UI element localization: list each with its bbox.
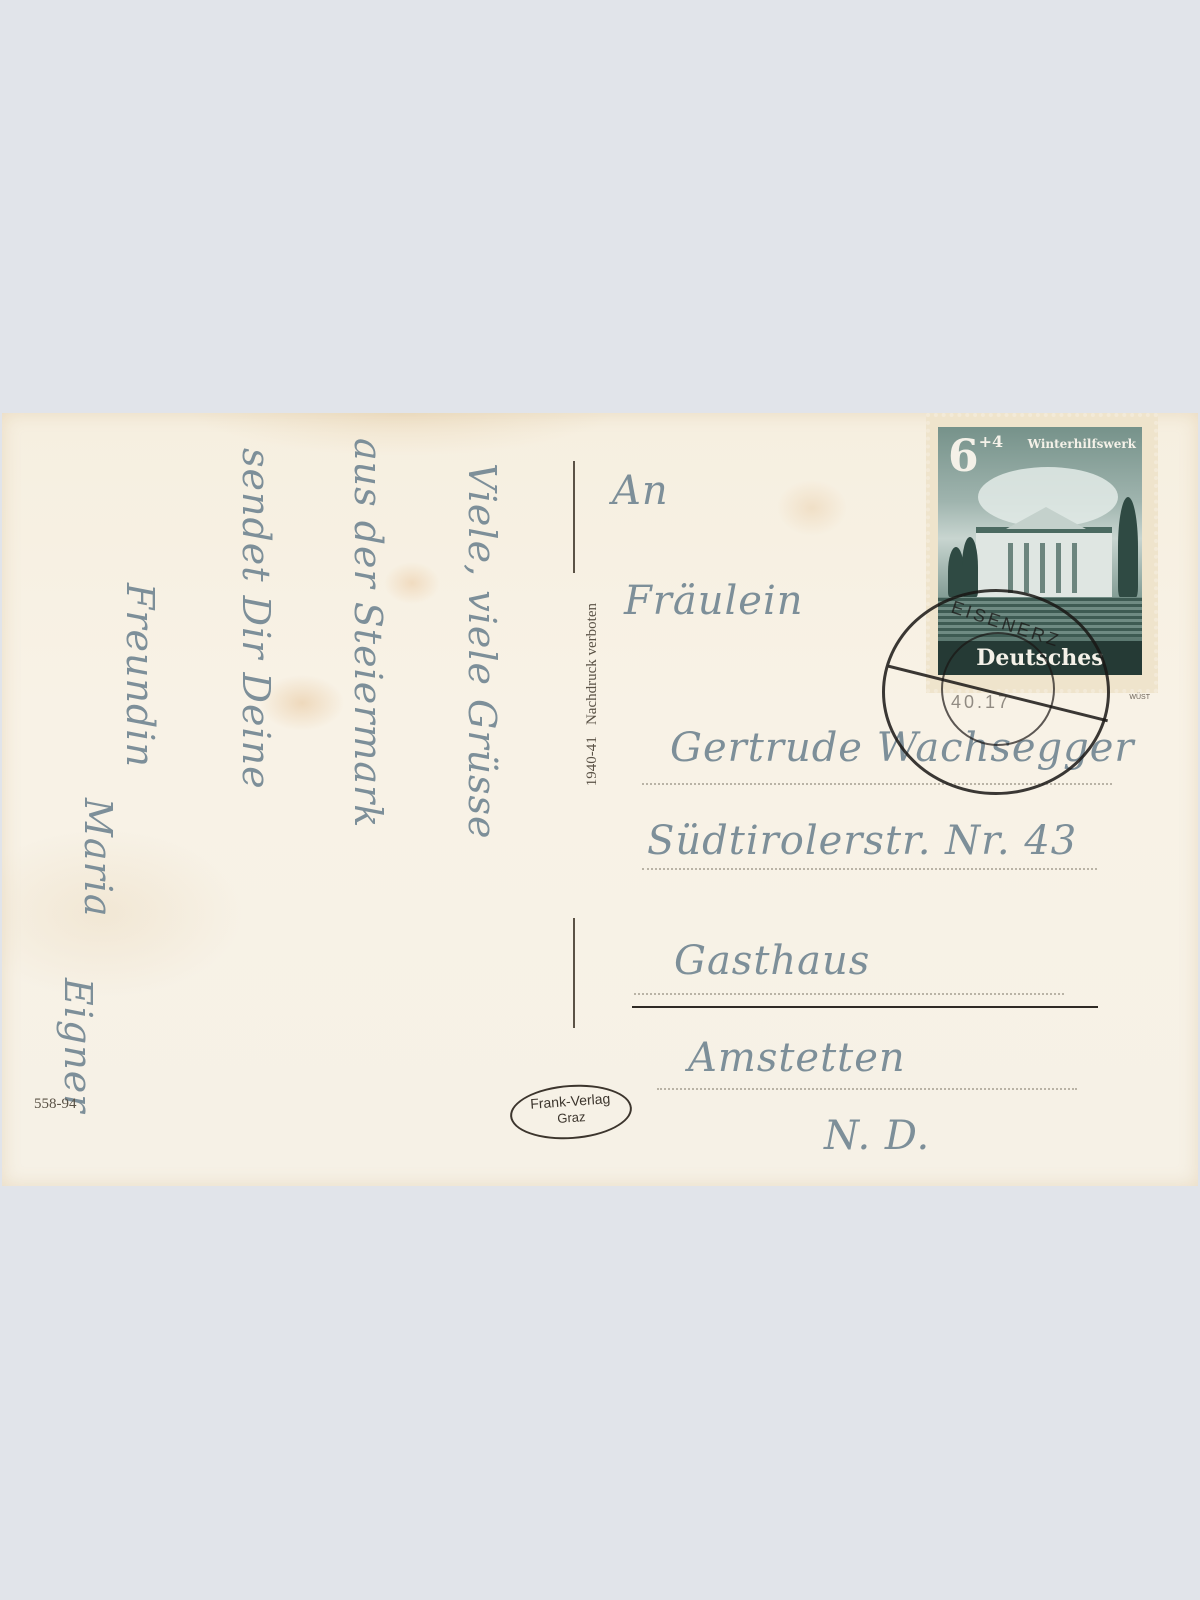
postmark-inner-ring bbox=[941, 632, 1055, 746]
stamp-designer: WÜST bbox=[1129, 694, 1150, 701]
copyright-notice: Nachdruck verboten bbox=[584, 603, 600, 725]
copyright-year: 1940-41 bbox=[584, 736, 600, 786]
catalog-number: 558-94 bbox=[34, 1096, 77, 1113]
page: Viele, viele Grüsse aus der Steiermark s… bbox=[0, 0, 1200, 1600]
address-underline bbox=[632, 1006, 1098, 1008]
address-dotted-line-2 bbox=[642, 868, 1097, 870]
publisher-mark: Frank-Verlag Graz bbox=[508, 1081, 633, 1143]
message-line-2: aus der Steiermark bbox=[346, 438, 390, 828]
address-dotted-line-3 bbox=[634, 993, 1064, 995]
divider-bottom bbox=[573, 918, 575, 1028]
message-line-4: Freundin bbox=[118, 583, 162, 768]
address-salutation: An bbox=[612, 468, 669, 514]
address-place-type: Gasthaus bbox=[674, 938, 870, 984]
stamp-value: 6+4 bbox=[948, 431, 1003, 482]
address-title: Fräulein bbox=[624, 578, 804, 624]
divider-top bbox=[573, 461, 575, 573]
address-region: N. D. bbox=[824, 1113, 930, 1159]
stamp-surcharge: +4 bbox=[979, 432, 1004, 451]
stamp-tree-right bbox=[1118, 497, 1138, 597]
postcard: Viele, viele Grüsse aus der Steiermark s… bbox=[2, 413, 1198, 1186]
message-line-3: sendet Dir Deine bbox=[234, 448, 278, 790]
signature-first-name: Maria bbox=[76, 798, 120, 918]
signature-last-name: Eigner bbox=[56, 978, 100, 1113]
postmark: EISENERZ 40.17 bbox=[882, 589, 1110, 795]
copyright-line: 1940-41 Nachdruck verboten bbox=[584, 603, 601, 786]
message-line-1: Viele, viele Grüsse bbox=[460, 463, 504, 840]
address-street: Südtirolerstr. Nr. 43 bbox=[647, 818, 1077, 864]
address-dotted-line-4 bbox=[657, 1088, 1077, 1090]
stamp-tree-left-2 bbox=[962, 537, 978, 597]
stamp-program: Winterhilfswerk bbox=[1028, 437, 1136, 451]
address-town: Amstetten bbox=[688, 1035, 906, 1081]
postmark-date: 40.17 bbox=[951, 692, 1011, 713]
